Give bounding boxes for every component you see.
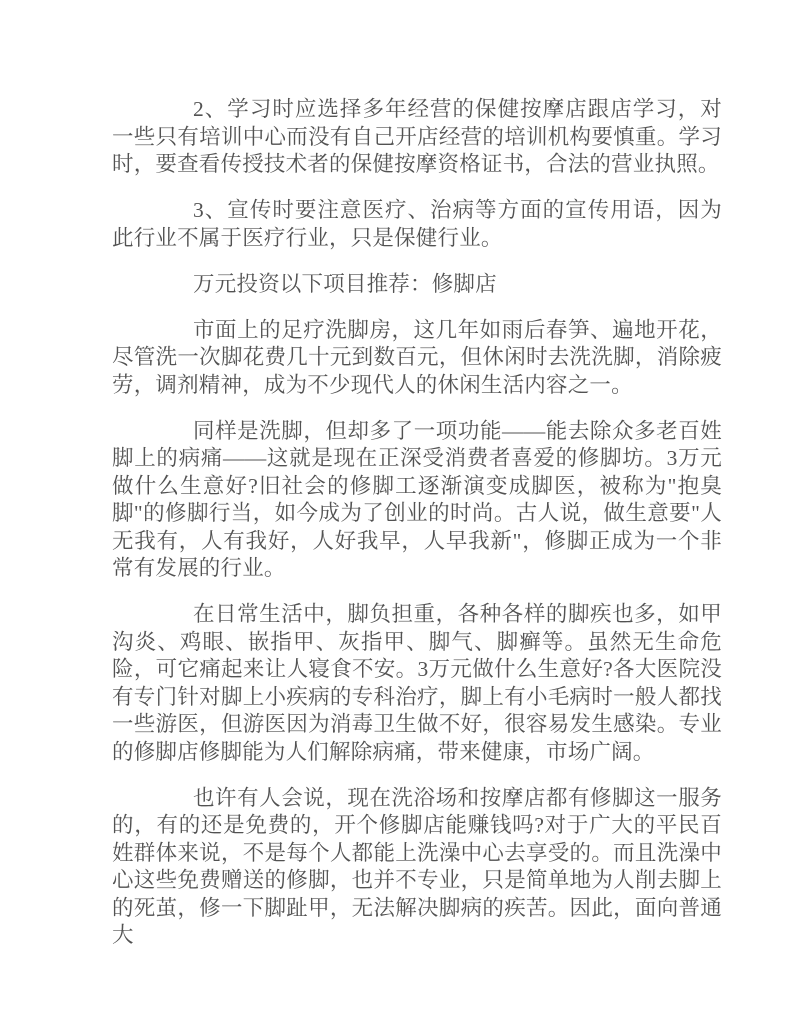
paragraph: 同样是洗脚，但却多了一项功能——能去除众多老百姓脚上的病痛——这就是现在正深受消…	[112, 418, 722, 583]
paragraph: 在日常生活中，脚负担重，各种各样的脚疾也多，如甲沟炎、鸡眼、嵌指甲、灰指甲、脚气…	[112, 601, 722, 766]
paragraph: 3、宣传时要注意医疗、治病等方面的宣传用语，因为此行业不属于医疗行业，只是保健行…	[112, 197, 722, 252]
paragraph: 2、学习时应选择多年经营的保健按摩店跟店学习，对一些只有培训中心而没有自己开店经…	[112, 96, 722, 179]
paragraph: 市面上的足疗洗脚房，这几年如雨后春笋、遍地开花，尽管洗一次脚花费几十元到数百元，…	[112, 317, 722, 400]
document-page: 2、学习时应选择多年经营的保健按摩店跟店学习，对一些只有培训中心而没有自己开店经…	[0, 0, 800, 1036]
paragraph: 万元投资以下项目推荐：修脚店	[112, 271, 722, 299]
document-body: 2、学习时应选择多年经营的保健按摩店跟店学习，对一些只有培训中心而没有自己开店经…	[112, 96, 722, 950]
paragraph: 也许有人会说，现在洗浴场和按摩店都有修脚这一服务的，有的还是免费的，开个修脚店能…	[112, 785, 722, 950]
